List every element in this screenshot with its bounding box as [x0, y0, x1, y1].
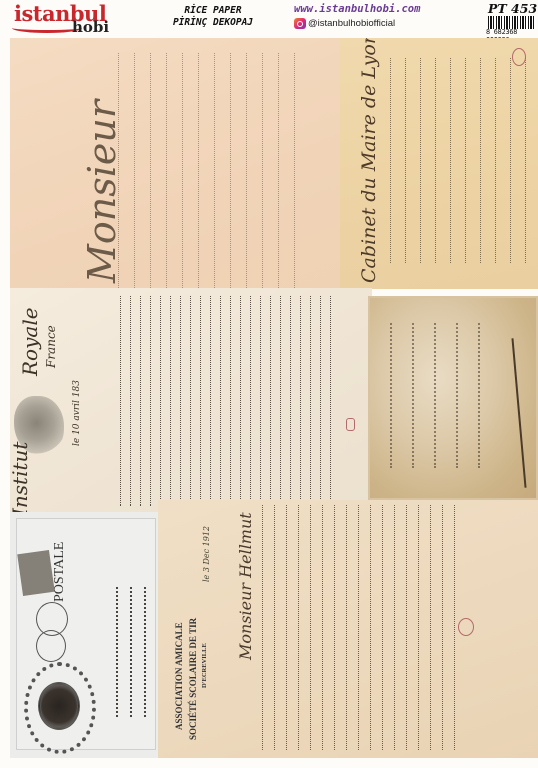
letter-institut-royale: Royale France Institut le 10 avril 183	[10, 288, 372, 513]
letter-monsieur: Monsieur	[10, 38, 346, 289]
letterhead-france: France	[44, 325, 58, 368]
envelope-madame	[368, 296, 538, 500]
handwriting-lines	[262, 505, 466, 750]
instagram-link[interactable]: @istanbulhobiofficial	[294, 18, 395, 29]
postmark-icon	[36, 630, 66, 662]
letter-date: le 3 Dec 1912	[202, 526, 211, 582]
istanbul-hobi-logo: istanbul hobi	[10, 1, 110, 37]
stamp-icon	[512, 48, 526, 66]
logo-text-sub: hobi	[72, 18, 109, 36]
handwriting-lines	[390, 323, 500, 468]
ink-stroke	[511, 338, 526, 488]
handwriting-lines	[120, 296, 340, 506]
postcard-label: POSTALE	[52, 542, 68, 602]
letter-title: Cabinet du Maire de Lyon	[358, 38, 380, 283]
instagram-handle: @istanbulhobiofficial	[308, 18, 395, 29]
letterhead-institut: Institut	[10, 442, 32, 513]
stamp-icon	[346, 418, 355, 431]
product-title-line2: PİRİNÇ DEKOPAJ	[158, 17, 268, 29]
product-title-line1: RİCE PAPER	[158, 5, 268, 17]
product-code: PT 453	[488, 1, 537, 16]
handwriting-lines	[116, 587, 162, 717]
website-link[interactable]: www.istanbulhobi.com	[294, 3, 420, 15]
product-header: istanbul hobi RİCE PAPER PİRİNÇ DEKOPAJ …	[0, 0, 538, 38]
letter-date: le 10 avril 183	[72, 380, 82, 446]
letterhead-societe: SOCIÉTÉ SCOLAIRE DE TIR	[188, 618, 198, 740]
handwriting-lines	[390, 58, 538, 263]
letter-cabinet-maire-lyon: Cabinet du Maire de Lyon	[340, 38, 538, 289]
postcard: POSTALE	[10, 512, 162, 758]
letterhead-royale: Royale	[18, 307, 42, 376]
letter-association-amicale: ASSOCIATION AMICALE SOCIÉTÉ SCOLAIRE DE …	[158, 500, 538, 758]
letterhead-town: D'ECREVILLE	[201, 643, 208, 688]
postage-stamp-icon	[17, 550, 55, 596]
instagram-icon	[294, 18, 306, 29]
letterhead-association: ASSOCIATION AMICALE	[174, 622, 184, 730]
letter-salutation: Monsieur Hellmut	[236, 512, 255, 660]
portrait-icon	[38, 682, 80, 730]
handwriting-lines	[118, 53, 310, 288]
stamp-icon	[458, 618, 474, 636]
product-title: RİCE PAPER PİRİNÇ DEKOPAJ	[158, 5, 268, 29]
